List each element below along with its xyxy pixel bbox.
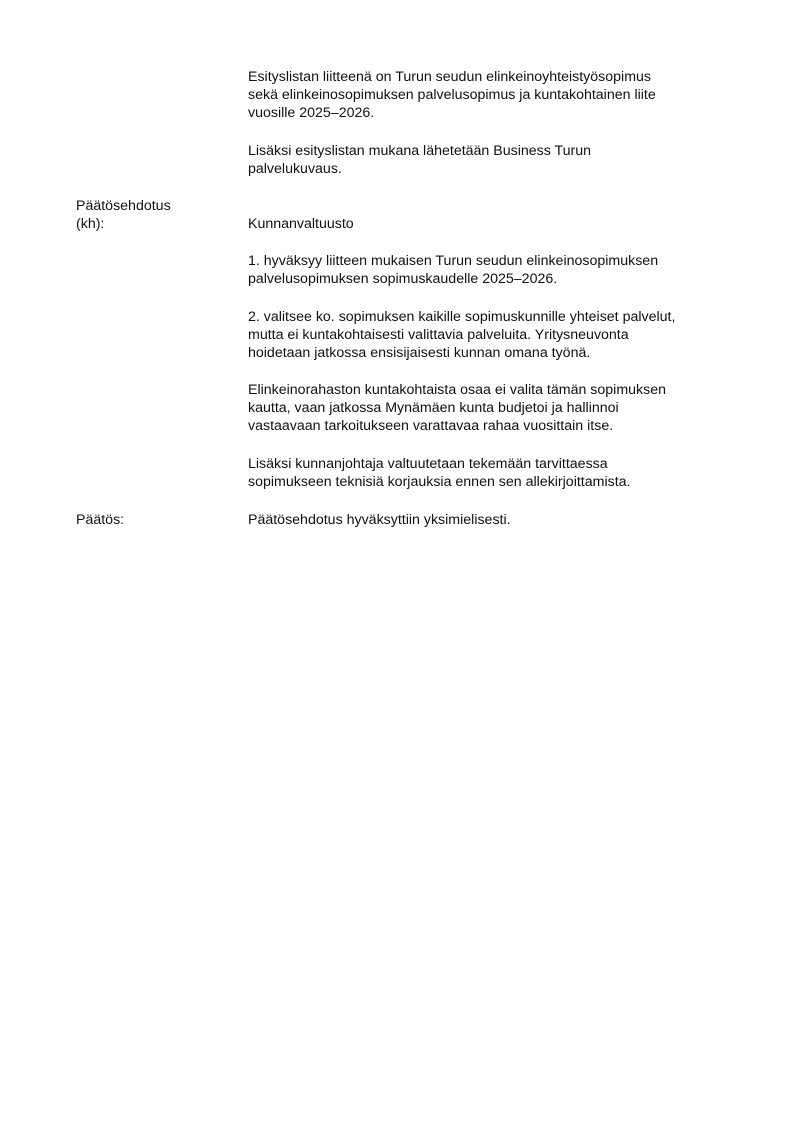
text-line: Elinkeinorahaston kuntakohtaista osaa ei… [248,381,666,399]
label-line: Päätösehdotus [76,197,171,215]
text-line: Lisäksi kunnanjohtaja valtuutetaan tekem… [248,455,608,473]
decision-label: Päätös: [76,511,124,529]
text-line: mutta ei kuntakohtaisesti valittavia pal… [248,326,629,344]
proposal-heading: Kunnanvaltuusto [248,215,354,233]
text-line: Lisäksi esityslistan mukana lähetetään B… [248,142,591,160]
text-line: palvelusopimuksen sopimuskaudelle 2025–2… [248,270,557,288]
label-line: (kh): [76,215,104,233]
text-line: sekä elinkeinosopimuksen palvelusopimus … [248,86,656,104]
text-line: vuosille 2025–2026. [248,104,374,122]
text-line: Esityslistan liitteenä on Turun seudun e… [248,68,651,86]
text-line: kautta, vaan jatkossa Mynämäen kunta bud… [248,399,619,417]
text-line: hoidetaan jatkossa ensisijaisesti kunnan… [248,344,590,362]
text-line: 1. hyväksyy liitteen mukaisen Turun seud… [248,252,658,270]
text-line: sopimukseen teknisiä korjauksia ennen se… [248,473,630,491]
text-line: palvelukuvaus. [248,160,342,178]
decision-text: Päätösehdotus hyväksyttiin yksimielisest… [248,511,511,529]
text-line: 2. valitsee ko. sopimuksen kaikille sopi… [248,308,675,326]
text-line: vastaavaan tarkoitukseen varattavaa raha… [248,417,613,435]
